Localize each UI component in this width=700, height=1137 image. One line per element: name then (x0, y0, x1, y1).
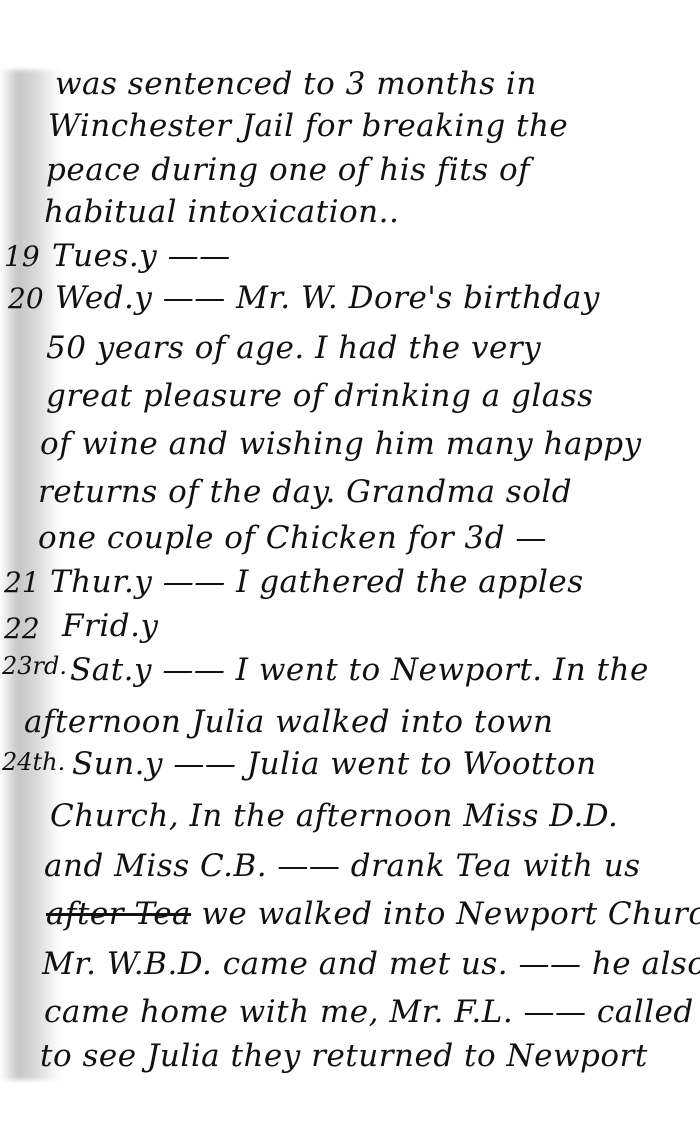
diary-line: Thur.y —— I gathered the apples (50, 562, 584, 602)
diary-line: and Miss C.B. —— drank Tea with us (44, 846, 641, 886)
diary-line: Winchester Jail for breaking the (48, 106, 568, 146)
diary-line: after Tea we walked into Newport Church (46, 894, 700, 934)
day-number: 24th. (2, 748, 65, 776)
diary-line: one couple of Chicken for 3d — (38, 518, 547, 558)
diary-line: 50 years of age. I had the very (46, 328, 541, 368)
day-number: 21 (4, 566, 40, 599)
diary-line: Sun.y —— Julia went to Wootton (72, 744, 597, 784)
struck-through-text: after Tea (46, 896, 191, 932)
diary-line: afternoon Julia walked into town (24, 702, 553, 742)
diary-line: Wed.y —— Mr. W. Dore's birthday (55, 278, 600, 318)
diary-line: habitual intoxication.. (44, 192, 399, 232)
diary-line: returns of the day. Grandma sold (38, 472, 572, 512)
diary-line: Church, In the afternoon Miss D.D. (50, 796, 618, 836)
diary-line: Frid.y (62, 606, 158, 646)
diary-line: Tues.y —— (52, 236, 231, 276)
day-number: 19 (4, 240, 40, 273)
diary-line: was sentenced to 3 months in (55, 64, 537, 104)
day-number: 22 (4, 612, 40, 645)
day-number: 20 (8, 282, 44, 315)
diary-line: of wine and wishing him many happy (40, 424, 642, 464)
day-number: 23rd. (2, 652, 67, 680)
diary-line: Mr. W.B.D. came and met us. —— he also (42, 944, 700, 984)
diary-line: great pleasure of drinking a glass (46, 376, 594, 416)
diary-line: Sat.y —— I went to Newport. In the (70, 650, 649, 690)
diary-line: to see Julia they returned to Newport (40, 1036, 648, 1076)
diary-line: peace during one of his fits of (46, 150, 530, 190)
diary-line-text: we walked into Newport Church (201, 896, 700, 932)
diary-line: came home with me, Mr. F.L. —— called (44, 992, 694, 1032)
